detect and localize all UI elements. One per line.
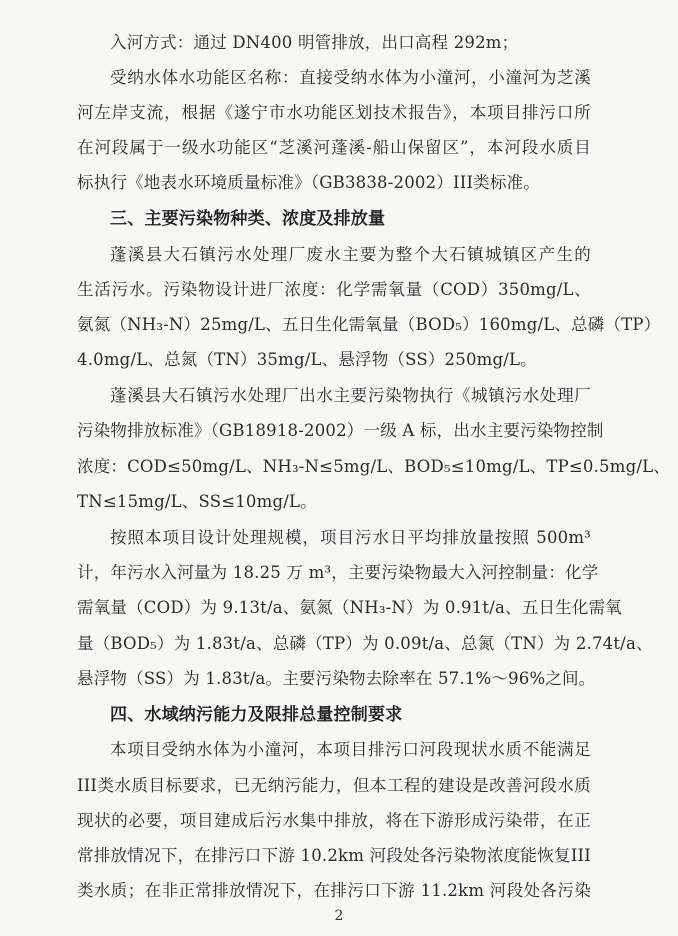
text-line: 标执行《地表水环境质量标准》（GB3838-2002）III类标准。 bbox=[77, 168, 591, 198]
text-line: 计，年污水入河量为 18.25 万 m³，主要污染物最大入河控制量：化学 bbox=[77, 558, 591, 588]
page-number: 2 bbox=[0, 908, 678, 924]
document-page: 入河方式：通过 DN400 明管排放，出口高程 292m； 受纳水体水功能区名称… bbox=[0, 0, 678, 936]
text-line: 河左岸支流，根据《遂宁市水功能区划技术报告》，本项目排污口所 bbox=[77, 98, 591, 128]
text-line: III类水质目标要求，已无纳污能力，但本工程的建设是改善河段水质 bbox=[77, 771, 591, 801]
text-line: 受纳水体水功能区名称：直接受纳水体为小潼河，小潼河为芝溪 bbox=[110, 63, 591, 93]
text-line: 4.0mg/L、总氮（TN）35mg/L、悬浮物（SS）250mg/L。 bbox=[77, 345, 591, 375]
text-line: 悬浮物（SS）为 1.83t/a。主要污染物去除率在 57.1%～96%之间。 bbox=[77, 664, 591, 694]
section-heading-3: 三、主要污染物种类、浓度及排放量 bbox=[110, 204, 385, 234]
text-line: 类水质；在非正常排放情况下，在排污口下游 11.2km 河段处各污染 bbox=[77, 876, 591, 906]
text-line: 本项目受纳水体为小潼河，本项目排污口河段现状水质不能满足 bbox=[110, 735, 591, 765]
text-line-discharge-method: 入河方式：通过 DN400 明管排放，出口高程 292m； bbox=[110, 28, 591, 58]
text-line: 氨氮（NH₃-N）25mg/L、五日生化需氧量（BOD₅）160mg/L、总磷（… bbox=[77, 310, 591, 340]
text-line: 现状的必要，项目建成后污水集中排放，将在下游形成污染带，在正 bbox=[77, 806, 591, 836]
section-heading-4: 四、水域纳污能力及限排总量控制要求 bbox=[110, 700, 402, 730]
text-line: 生活污水。污染物设计进厂浓度：化学需氧量（COD）350mg/L、 bbox=[77, 275, 591, 305]
text-line: 按照本项目设计处理规模，项目污水日平均排放量按照 500m³ bbox=[110, 523, 591, 553]
text-line: 蓬溪县大石镇污水处理厂废水主要为整个大石镇城镇区产生的 bbox=[110, 240, 591, 270]
text-line: 蓬溪县大石镇污水处理厂出水主要污染物执行《城镇污水处理厂 bbox=[110, 381, 591, 411]
text-line: TN≤15mg/L、SS≤10mg/L。 bbox=[77, 487, 591, 517]
text-line: 在河段属于一级水功能区“芝溪河蓬溪-船山保留区”，本河段水质目 bbox=[77, 133, 591, 163]
text-line: 量（BOD₅）为 1.83t/a、总磷（TP）为 0.09t/a、总氮（TN）为… bbox=[77, 629, 591, 659]
text-line: 需氧量（COD）为 9.13t/a、氨氮（NH₃-N）为 0.91t/a、五日生… bbox=[77, 593, 591, 623]
text-line: 浓度：COD≤50mg/L、NH₃-N≤5mg/L、BOD₅≤10mg/L、TP… bbox=[77, 452, 591, 482]
text-line: 污染物排放标准》（GB18918-2002）一级 A 标，出水主要污染物控制 bbox=[77, 416, 591, 446]
text-line: 常排放情况下，在排污口下游 10.2km 河段处各污染物浓度能恢复III bbox=[77, 841, 591, 871]
